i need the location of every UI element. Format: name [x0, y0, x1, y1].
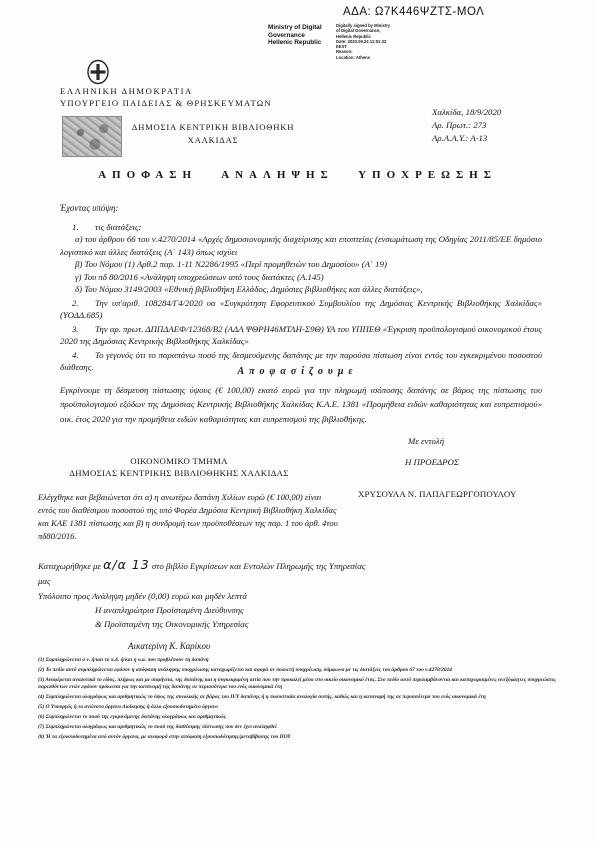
having-regard-label: Έχοντας υπόψη:: [60, 203, 118, 213]
footnote: (7) Συμπληρώνεται ολογράφως και αριθμητι…: [38, 724, 570, 732]
aay-number: Αρ.Α.Α.Υ.: Α-13: [432, 132, 501, 145]
department-line1: ΟΙΚΟΝΟΜΙΚΟ ΤΜΗΜΑ: [38, 456, 320, 468]
list-subitem: α) του άρθρου 66 του ν.4270/2014 «Αρχές …: [60, 233, 542, 258]
library-stamp-image: [62, 116, 122, 157]
footnote: (2) Το πεδίο αυτό συμπληρώνεται εφόσον η…: [38, 667, 570, 675]
organization-name-line2: ΧΑΛΚΙΔΑΣ: [118, 134, 308, 147]
list-item: 3. Την αρ. πρωτ. ΔΠΠΔΑΕΦ/12368/Β2 (ΑΔΑ Ψ…: [60, 323, 542, 348]
president-name: ΧΡΥΣΟΥΛΑ Ν. ΠΑΠΑΓΕΩΡΓΟΠΟΥΛΟΥ: [358, 489, 573, 499]
list-item-text: Την αρ. πρωτ. ΔΠΠΔΑΕΦ/12368/Β2 (ΑΔΑ ΨΘΡΗ…: [60, 323, 542, 348]
digital-signature-org: Ministry of Digital Governance Hellenic …: [268, 24, 332, 47]
digital-signature-details: Digitally signed by Ministry of Digital …: [336, 23, 446, 60]
list-item-text: τις διατάξεις:: [60, 221, 542, 233]
list-item-number: 3.: [72, 323, 79, 335]
footnote: (3) Αναφέρεται αναλυτικά το είδος, πλήρω…: [38, 677, 570, 693]
protocol-number: Αρ. Πρωτ.: 273: [432, 119, 501, 132]
officer-title-line2: & Προϊσταμένη της Οικονομικής Υπηρεσίας: [95, 618, 248, 632]
list-item-number: 4.: [72, 349, 79, 361]
footnote: (1) Συμπληρώνεται ο ν. ή/και το π.δ. ή/κ…: [38, 657, 570, 665]
officer-title-line1: Η αναπληρώτρια Προϊσταμένη Διεύθυνσης: [95, 604, 248, 618]
signature-org-line: Governance: [268, 32, 332, 40]
list-item-number: 1.: [72, 221, 79, 233]
president-title: Η ΠΡΟΕΔΡΟΣ: [405, 457, 459, 467]
footnote: (6) Συμπληρώνεται το ποσό της εγκρινόμεν…: [38, 714, 570, 722]
footnote: (8) Ή τα εξουσιοδοτημένα από αυτόν όργαν…: [38, 734, 570, 742]
document-page: ΑΔΑ: Ω7Κ446ΨΖΤΣ-ΜΟΛ Ministry of Digital …: [0, 0, 595, 842]
document-title: ΑΠΟΦΑΣΗ ΑΝΑΛΗΨΗΣ ΥΠΟΧΡΕΩΣΗΣ: [0, 169, 595, 181]
signature-org-line: Ministry of Digital: [268, 24, 332, 32]
by-order-label: Με εντολή: [408, 436, 444, 448]
registration-line: Καταχωρήθηκε με α/α 13 στο βιβλίο Εγκρίσ…: [38, 556, 370, 588]
decide-heading: Αποφασίζουμε: [0, 366, 595, 377]
footnote: (5) Ο Υπουργός ή το ανώτατο όργανο Διοίκ…: [38, 704, 570, 712]
organization-name: ΔΗΜΟΣΙΑ ΚΕΝΤΡΙΚΗ ΒΙΒΛΙΟΘΗΚΗ ΧΑΛΚΙΔΑΣ: [118, 121, 308, 147]
document-meta: Χαλκίδα, 18/9/2020 Αρ. Πρωτ.: 273 Αρ.Α.Α…: [432, 106, 501, 146]
handwritten-serial: α/α 13: [103, 557, 150, 572]
officer-name: Αικατερίνη Κ. Καρίκου: [128, 641, 210, 651]
list-subitem: γ) Του πδ 80/2016 «Ανάληψη υποχρεώσεων α…: [60, 271, 542, 283]
remainder-line: Υπόλοιπο προς Ανάληψη μηδέν (0,00) ευρώ …: [38, 591, 247, 601]
signature-org-line: Hellenic Republic: [268, 39, 332, 47]
header-republic: ΕΛΛΗΝΙΚΗ ΔΗΜΟΚΡΑΤΙΑ: [60, 86, 193, 96]
list-item-text: Την υπ'αριθ. 108284/Γ4/2020 υα «Συγκρότη…: [60, 297, 542, 322]
officer-title-block: Η αναπληρώτρια Προϊσταμένη Διεύθυνσης & …: [95, 604, 248, 631]
header-ministry: ΥΠΟΥΡΓΕΙΟ ΠΑΙΔΕΙΑΣ & ΘΡΗΣΚΕΥΜΑΤΩΝ: [60, 98, 272, 108]
considerations-list: 1. τις διατάξεις: α) του άρθρου 66 του ν…: [60, 221, 542, 375]
department-block: ΟΙΚΟΝΟΜΙΚΟ ΤΜΗΜΑ ΔΗΜΟΣΙΑΣ ΚΕΝΤΡΙΚΗΣ ΒΙΒΛ…: [38, 456, 320, 480]
registration-prefix: Καταχωρήθηκε με: [38, 561, 103, 571]
list-subitem: δ) Του Νόμου 3149/2003 «Εθνική βιβλιοθήκ…: [60, 283, 542, 295]
list-item: 1. τις διατάξεις: α) του άρθρου 66 του ν…: [60, 221, 542, 296]
ada-code: ΑΔΑ: Ω7Κ446ΨΖΤΣ-ΜΟΛ: [343, 6, 484, 18]
organization-name-line1: ΔΗΜΟΣΙΑ ΚΕΝΤΡΙΚΗ ΒΙΒΛΙΟΘΗΚΗ: [118, 121, 308, 134]
list-subitem: β) Του Νόμου (1) Αρθ.2 παρ. 1-11 Ν2286/1…: [60, 258, 542, 270]
list-item: 2. Την υπ'αριθ. 108284/Γ4/2020 υα «Συγκρ…: [60, 297, 542, 322]
list-item-number: 2.: [72, 297, 79, 309]
signature-detail-line: Location: Athens: [336, 55, 446, 60]
decision-paragraph: Εγκρίνουμε τη δέσμευση πίστωσης ύψους (€…: [60, 383, 542, 426]
verification-paragraph: Ελέγχθηκε και βεβαιώνεται ότι α) η ανωτέ…: [38, 491, 340, 543]
department-line2: ΔΗΜΟΣΙΑΣ ΚΕΝΤΡΙΚΗΣ ΒΙΒΛΙΟΘΗΚΗΣ ΧΑΛΚΙΔΑΣ: [38, 468, 320, 480]
place-date: Χαλκίδα, 18/9/2020: [432, 106, 501, 119]
footnotes-block: (1) Συμπληρώνεται ο ν. ή/και το π.δ. ή/κ…: [38, 657, 570, 743]
footnote: (4) Συμπληρώνεται ολογράφως και αριθμητι…: [38, 694, 570, 702]
